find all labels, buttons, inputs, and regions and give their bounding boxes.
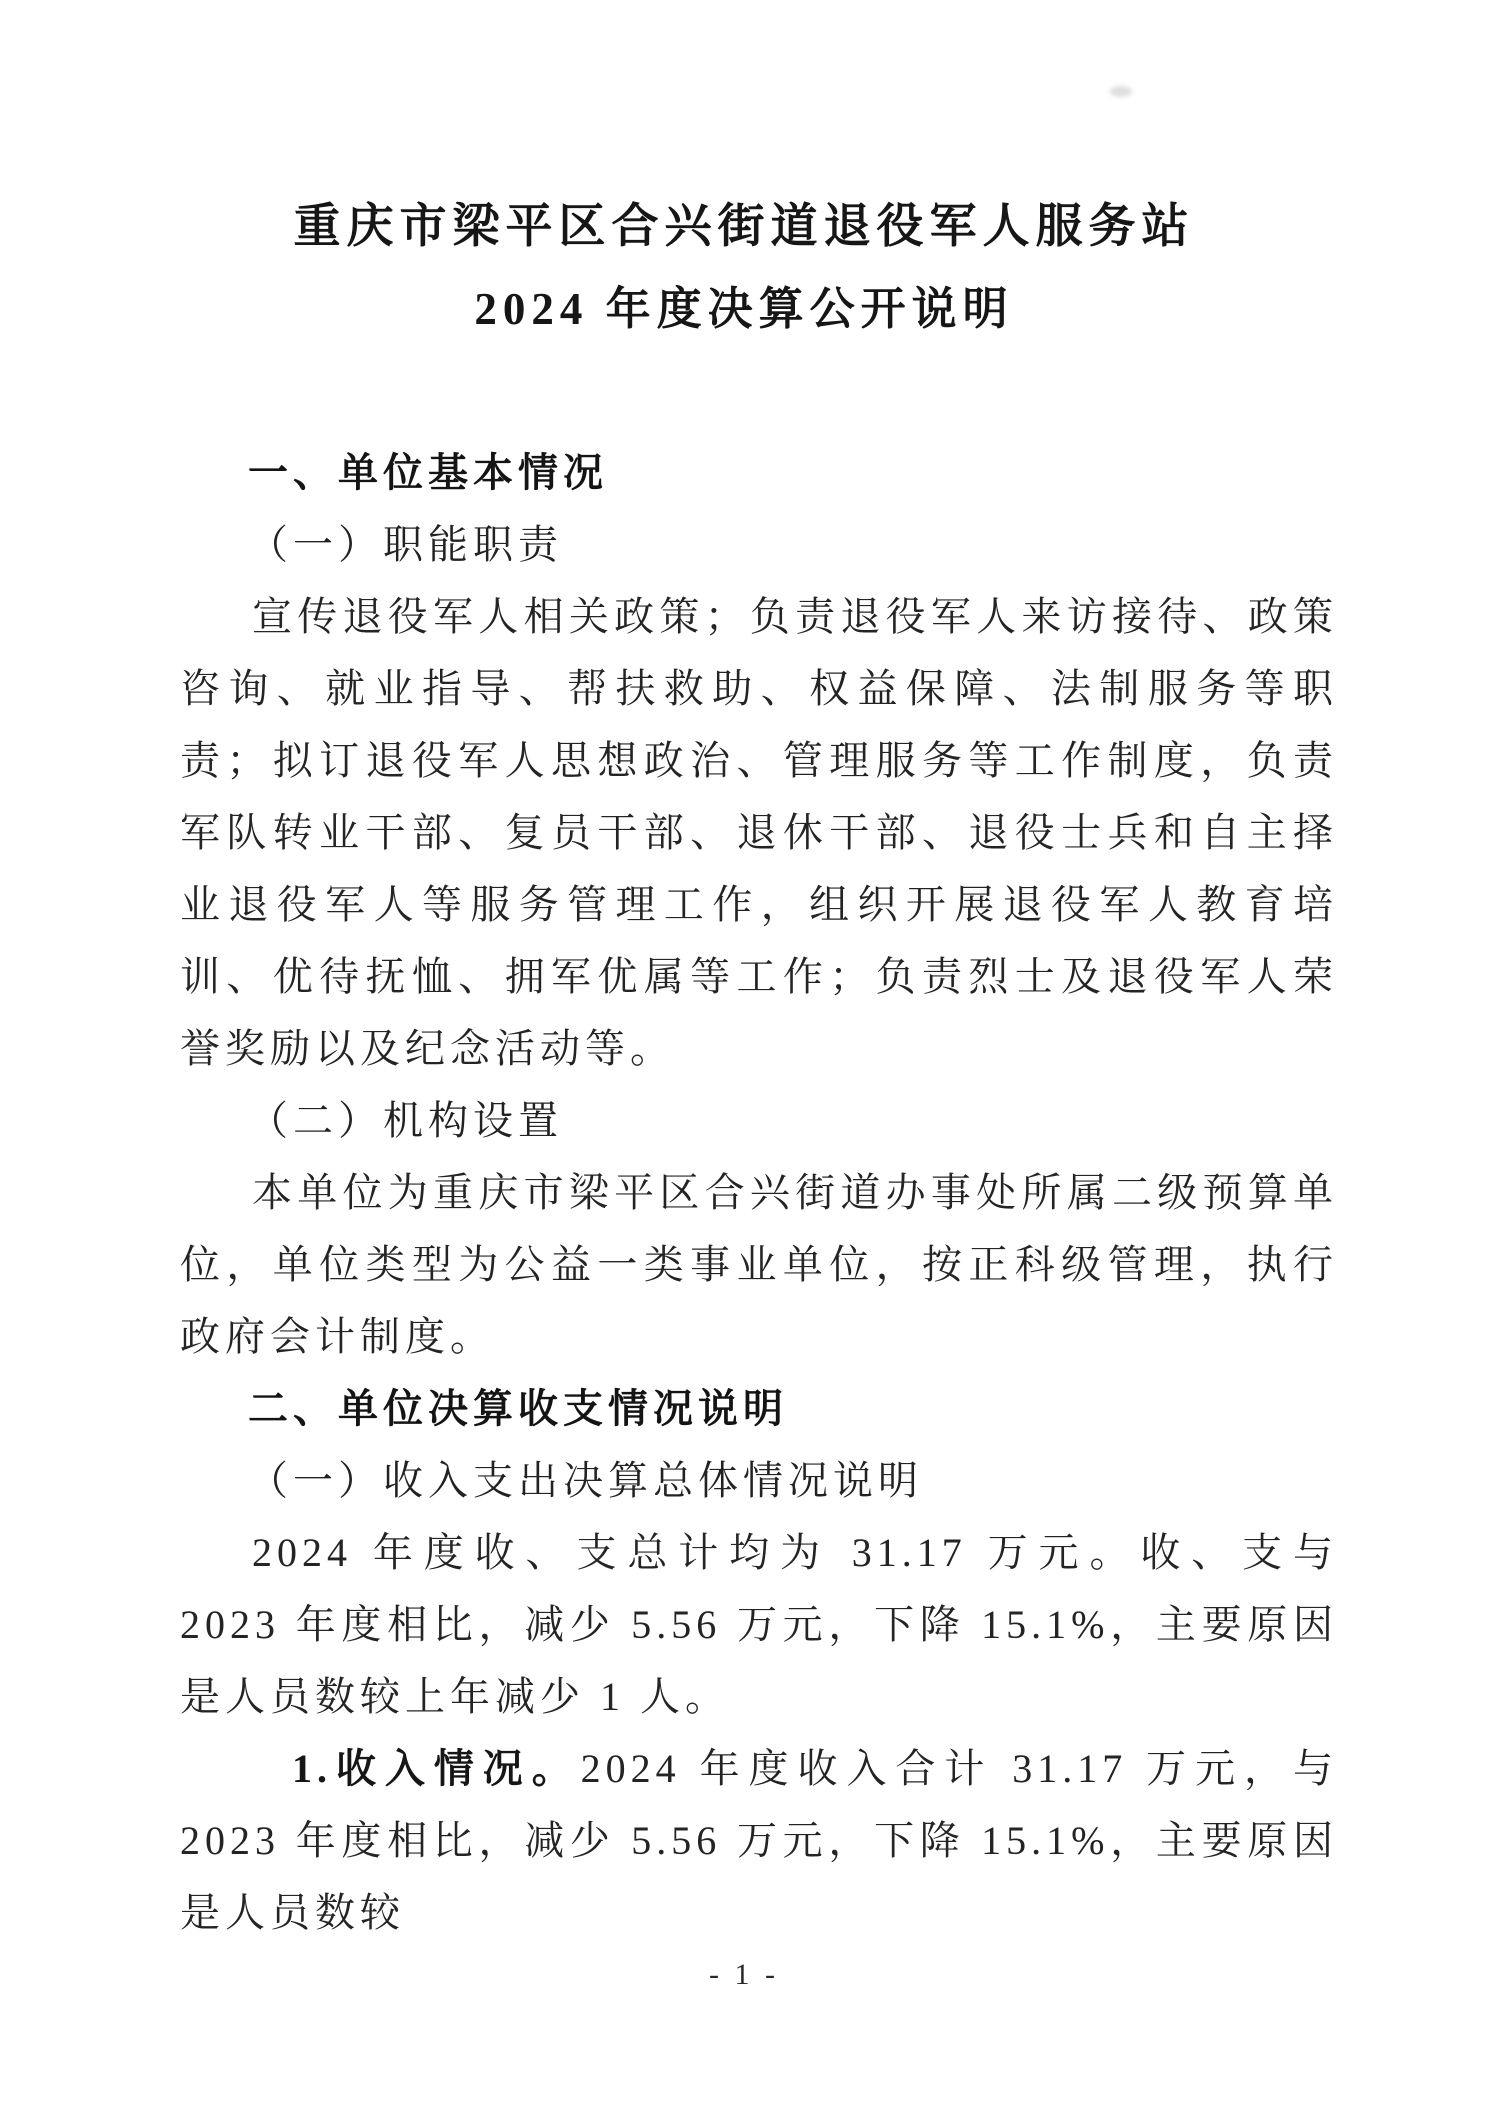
paragraph-income: 1.收入情况。2024 年度收入合计 31.17 万元，与 2023 年度相比，… [180, 1733, 1338, 1949]
subsection-1-2-heading: （二）机构设置 [180, 1085, 1338, 1157]
scan-artifact [1110, 86, 1132, 97]
document-page: 重庆市梁平区合兴街道退役军人服务站 2024 年度决算公开说明 一、单位基本情况… [0, 0, 1488, 2104]
document-subtitle: 2024 年度决算公开说明 [0, 283, 1488, 335]
document-title: 重庆市梁平区合兴街道退役军人服务站 [0, 201, 1488, 253]
document-body: 一、单位基本情况 （一）职能职责 宣传退役军人相关政策；负责退役军人来访接待、政… [180, 437, 1338, 1949]
paragraph-budget-overview: 2024 年度收、支总计均为 31.17 万元。收、支与 2023 年度相比，减… [180, 1517, 1338, 1733]
subsection-1-1-heading: （一）职能职责 [180, 509, 1338, 581]
subsection-2-1-heading: （一）收入支出决算总体情况说明 [180, 1445, 1338, 1517]
section-1-heading: 一、单位基本情况 [180, 437, 1338, 509]
title-block: 重庆市梁平区合兴街道退役军人服务站 2024 年度决算公开说明 [0, 0, 1488, 335]
paragraph-duties: 宣传退役军人相关政策；负责退役军人来访接待、政策咨询、就业指导、帮扶救助、权益保… [180, 581, 1338, 1085]
paragraph-organization: 本单位为重庆市梁平区合兴街道办事处所属二级预算单位，单位类型为公益一类事业单位，… [180, 1157, 1338, 1373]
income-item-label: 1.收入情况。 [292, 1746, 581, 1791]
page-number: - 1 - [0, 1958, 1488, 1992]
section-2-heading: 二、单位决算收支情况说明 [180, 1373, 1338, 1445]
